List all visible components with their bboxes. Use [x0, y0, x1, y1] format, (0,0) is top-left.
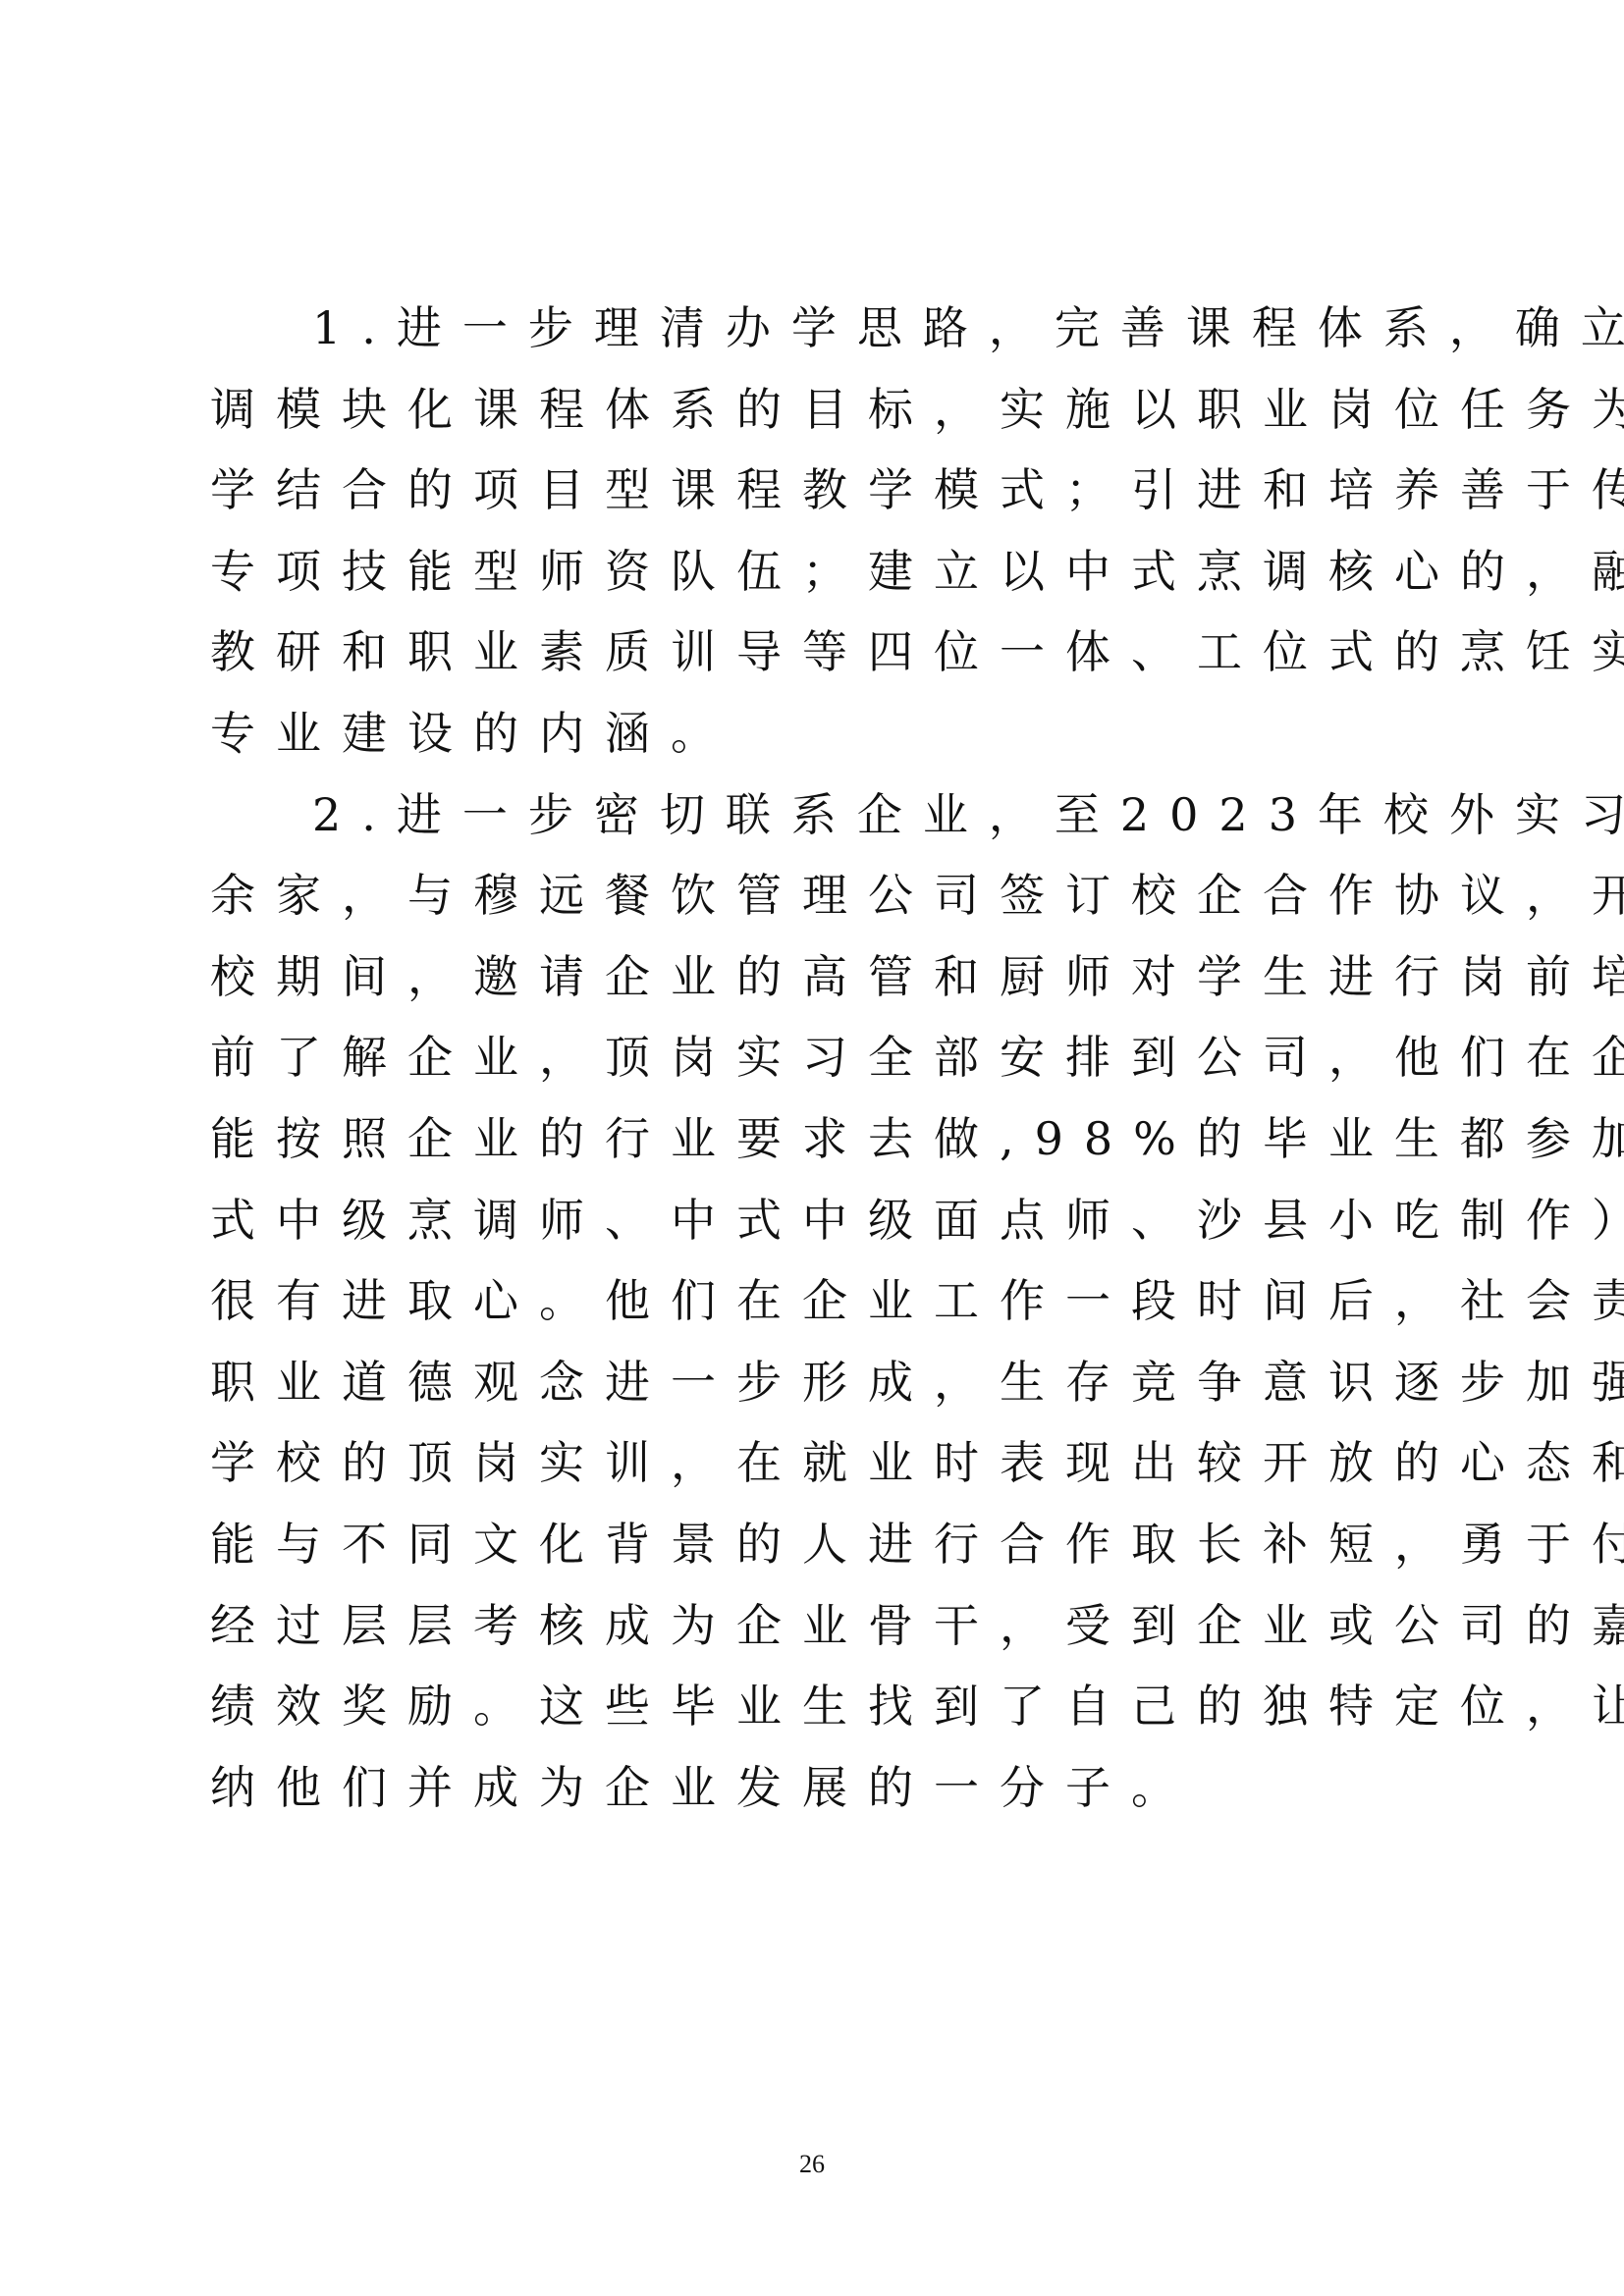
paragraph-2-line-9: 学校的顶岗实训，在就业时表现出较开放的心态和吃苦的精神， — [210, 1422, 1428, 1504]
paragraph-2-line-2: 余家，与穆远餐饮管理公司签订校企合作协议，开办订单班，在 — [210, 855, 1428, 936]
paragraph-2-line-3: 校期间，邀请企业的高管和厨师对学生进行岗前培训，让他们提 — [210, 936, 1428, 1018]
paragraph-2-line-4: 前了解企业，顶岗实习全部安排到公司，他们在企业实习时，都 — [210, 1017, 1428, 1098]
document-page: 1.进一步理清办学思路，完善课程体系，确立了建设中式烹 调模块化课程体系的目标，… — [0, 0, 1624, 2296]
paragraph-2-line-10: 能与不同文化背景的人进行合作取长补短，勇于付出。有的同学 — [210, 1504, 1428, 1585]
paragraph-2-line-7: 很有进取心。他们在企业工作一段时间后，社会责任感和正确的 — [210, 1260, 1428, 1342]
paragraph-1-line-3: 学结合的项目型课程教学模式；引进和培养善于传授和技艺高超 — [210, 450, 1428, 531]
paragraph-1-line-4: 专项技能型师资队伍；建立以中式烹调核心的，融教学、培训、 — [210, 531, 1428, 613]
paragraph-2-line-5: 能按照企业的行业要求去做,98%的毕业生都参加了专业技能(中 — [210, 1098, 1428, 1180]
paragraph-2-line-13: 纳他们并成为企业发展的一分子。 — [210, 1747, 1428, 1829]
paragraph-2-line-11: 经过层层考核成为企业骨干，受到企业或公司的嘉奖，作为业务 — [210, 1585, 1428, 1667]
paragraph-1-line-2: 调模块化课程体系的目标，实施以职业岗位任务为驱动目标，工 — [210, 369, 1428, 451]
body-text: 1.进一步理清办学思路，完善课程体系，确立了建设中式烹 调模块化课程体系的目标，… — [210, 288, 1428, 1828]
paragraph-2-line-12: 绩效奖励。这些毕业生找到了自己的独特定位，让社会让企业接 — [210, 1666, 1428, 1747]
paragraph-1-line-5: 教研和职业素质训导等四位一体、工位式的烹饪实训室，丰富了 — [210, 612, 1428, 693]
paragraph-1-line-1: 1.进一步理清办学思路，完善课程体系，确立了建设中式烹 — [210, 288, 1428, 369]
paragraph-2-line-8: 职业道德观念进一步形成，生存竞争意识逐步加强了。他们经过 — [210, 1342, 1428, 1423]
paragraph-2-line-1: 2.进一步密切联系企业，至2023年校外实习基地达到12 — [210, 774, 1428, 856]
paragraph-2-line-6: 式中级烹调师、中式中级面点师、沙县小吃制作）的资格考核， — [210, 1180, 1428, 1261]
page-number: 26 — [0, 2150, 1624, 2179]
paragraph-1-line-6: 专业建设的内涵。 — [210, 693, 1428, 774]
